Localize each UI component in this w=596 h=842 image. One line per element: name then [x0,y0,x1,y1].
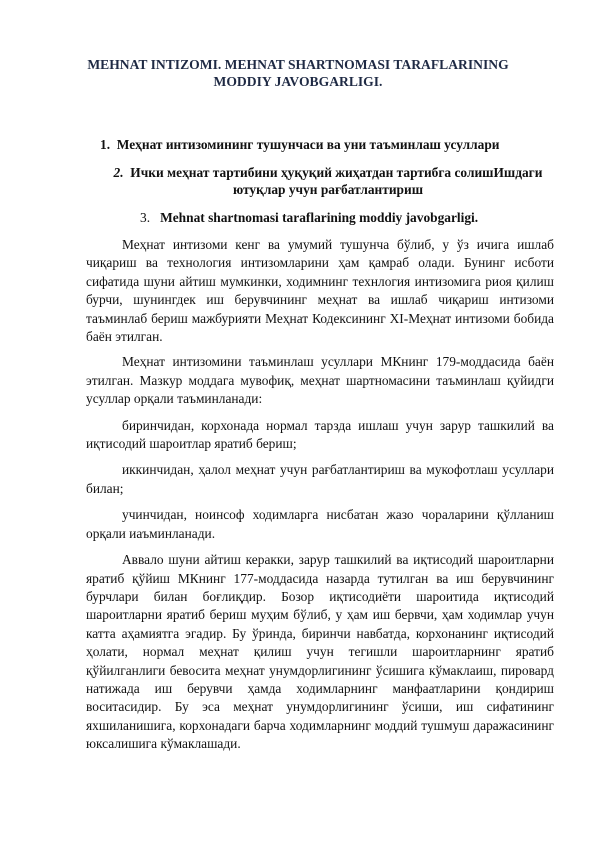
paragraph: учинчидан, ноинсоф ходимларга нисбатан ж… [86,506,554,543]
outline-item-1: 1. Меҳнат интизомининг тушунчаси ва уни … [100,136,499,153]
outline-text: Mehnat shartnomasi taraflarining moddiy … [160,210,478,225]
document-page: MEHNAT INTIZOMI. MEHNAT SHARTNOMASI TARA… [0,0,596,842]
paragraph: Аввало шуни айтиш керакки, зарур ташкили… [86,551,554,753]
outline-number: 3. [140,210,150,225]
outline-item-2: 2. Ички меҳнат тартибини ҳуқуқий жиҳатда… [102,164,554,198]
outline-text: Ички меҳнат тартибини ҳуқуқий жиҳатдан т… [130,165,542,197]
outline-number: 1. [100,137,110,152]
paragraph: иккинчидан, ҳалол меҳнат учун рағбатлант… [86,461,554,498]
body-text: Меҳнат интизоми кенг ва умумий тушунча б… [86,236,554,762]
outline-item-3: 3. Mehnat shartnomasi taraflarining modd… [140,209,478,226]
outline-number: 2. [114,165,124,180]
paragraph: Меҳнат интизоми кенг ва умумий тушунча б… [86,236,554,346]
outline-text: Меҳнат интизомининг тушунчаси ва уни таъ… [117,137,500,152]
paragraph: Меҳнат интизомини таъминлаш усуллари МКн… [86,353,554,408]
paragraph: биринчидан, корхонада нормал тарзда ишла… [86,417,554,454]
document-title: MEHNAT INTIZOMI. MEHNAT SHARTNOMASI TARA… [60,56,536,90]
